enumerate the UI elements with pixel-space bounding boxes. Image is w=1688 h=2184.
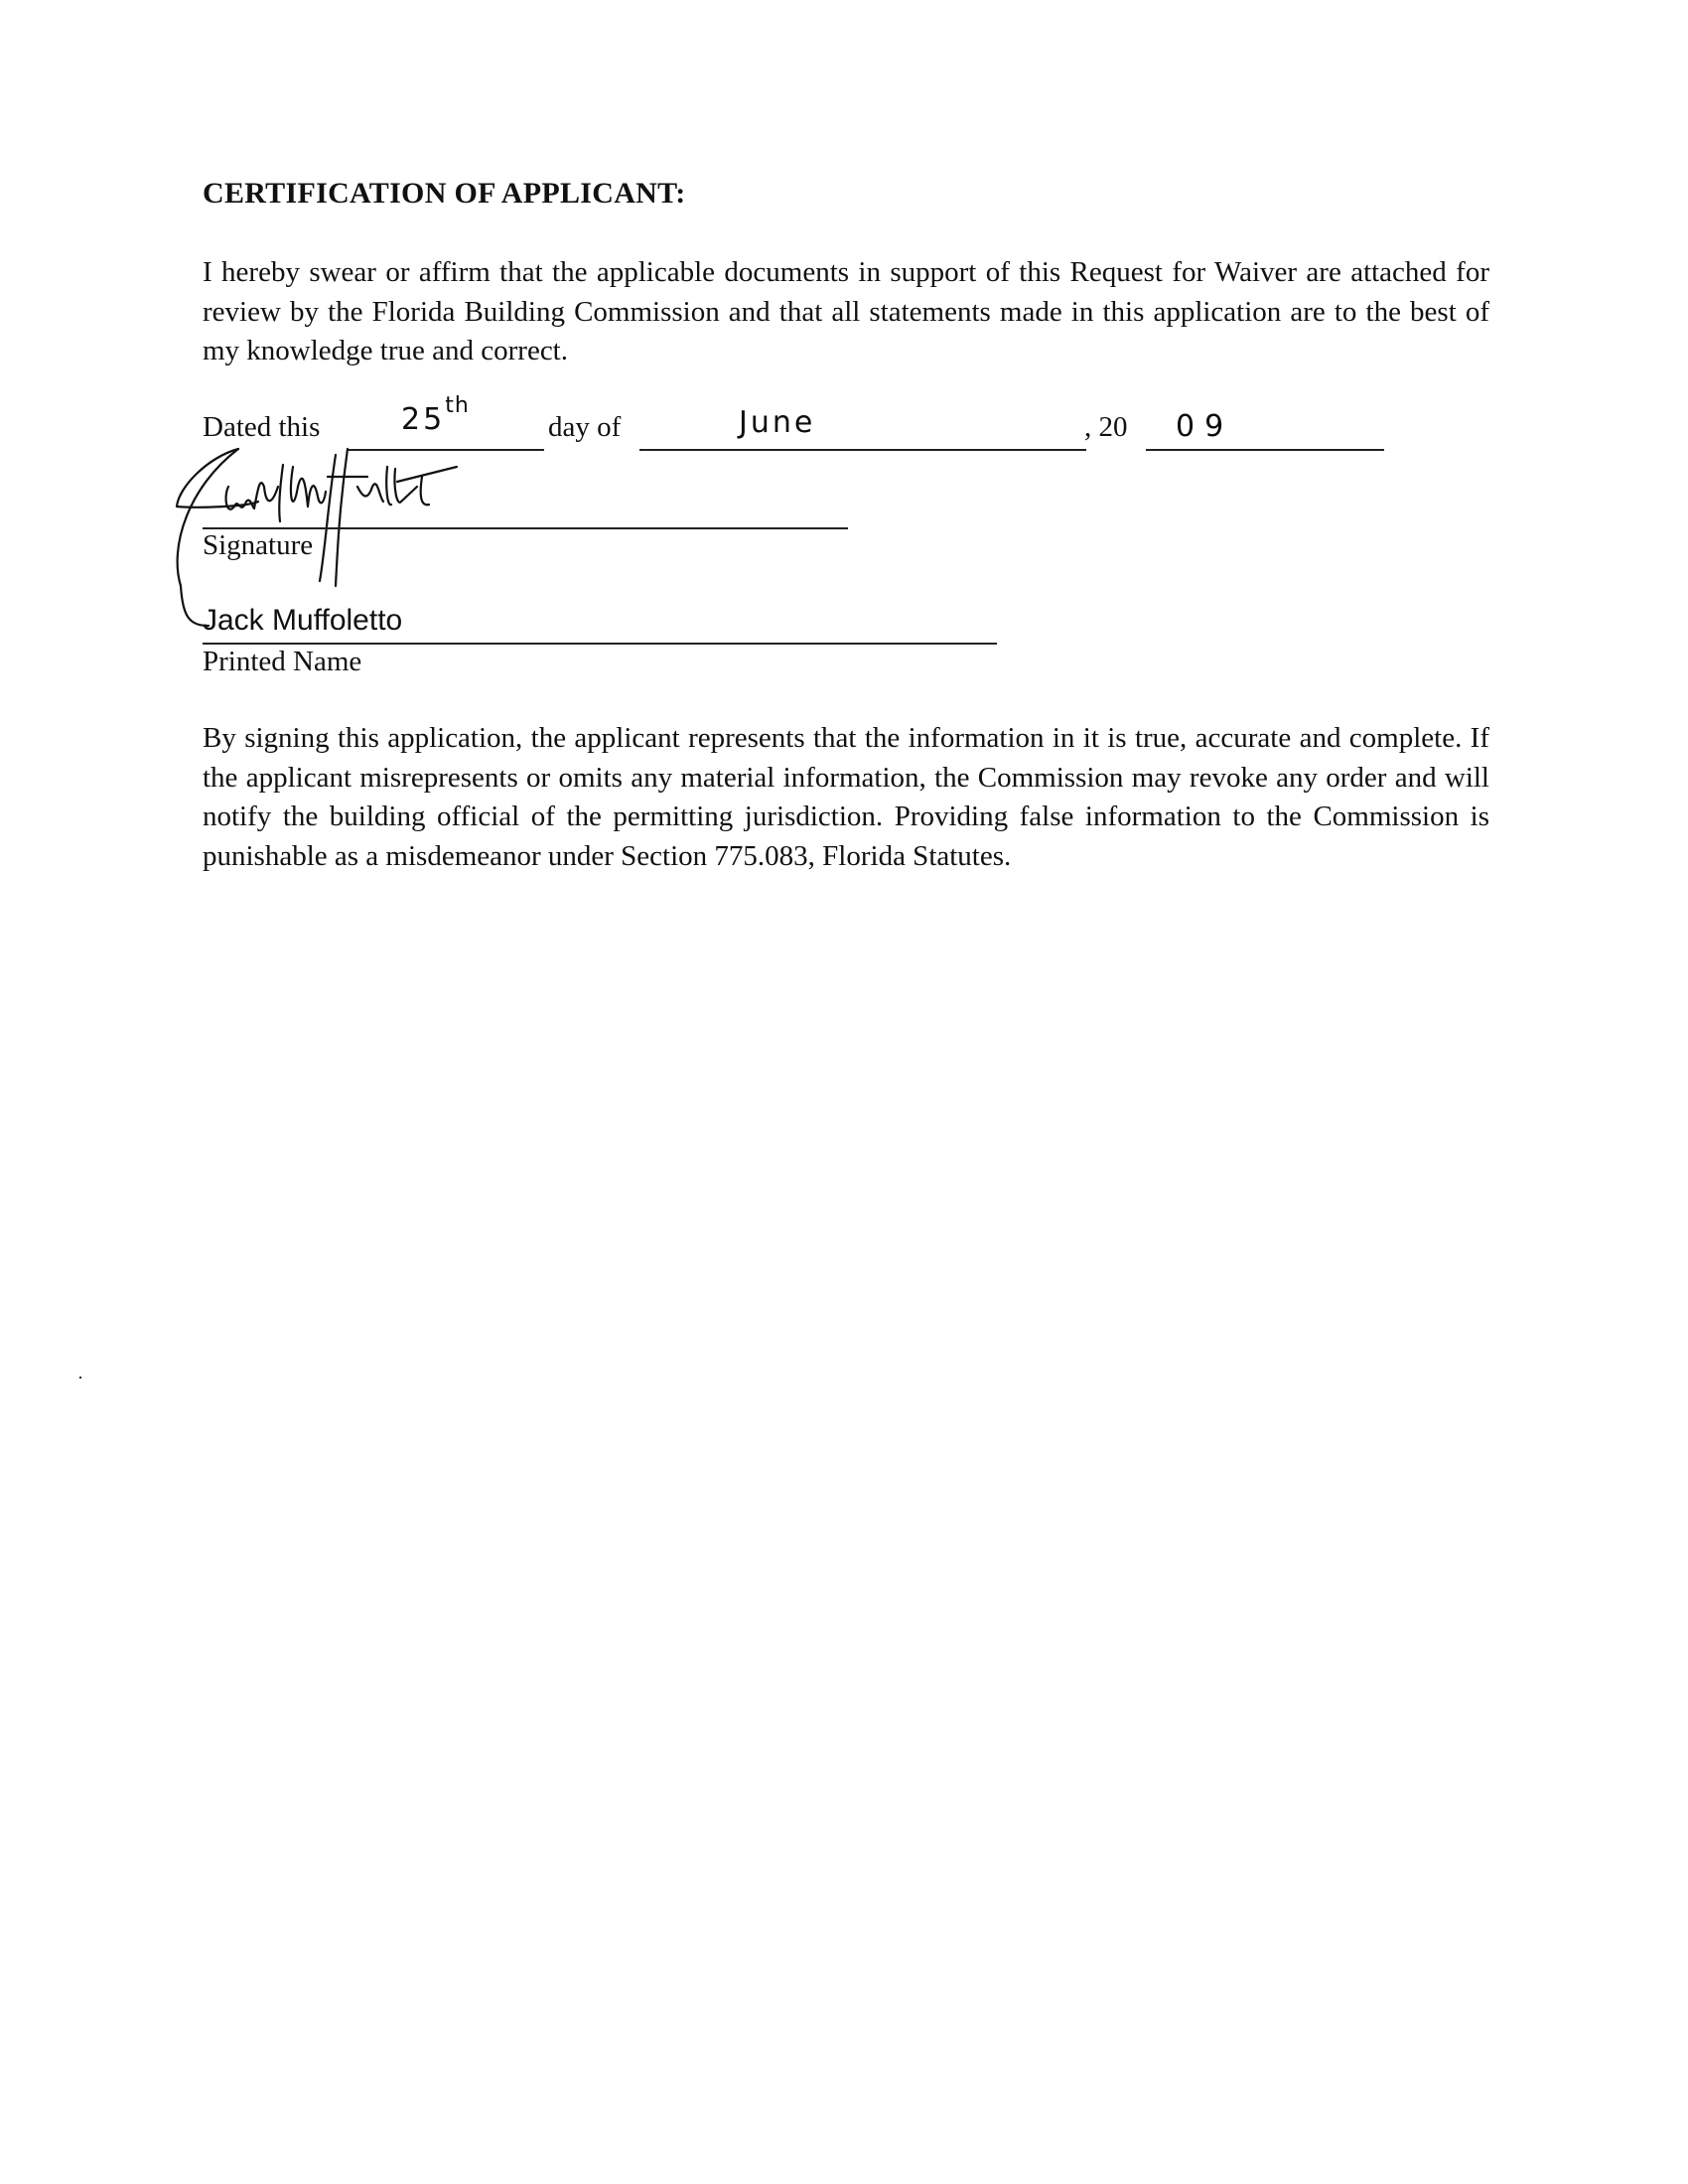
certification-statement: I hereby swear or affirm that the applic… bbox=[203, 253, 1489, 371]
document-page: CERTIFICATION OF APPLICANT: I hereby swe… bbox=[0, 0, 1688, 2184]
year-field[interactable]: 09 bbox=[1176, 409, 1233, 444]
year-prefix-label: , 20 bbox=[1084, 411, 1128, 444]
printed-name-underline bbox=[203, 643, 997, 645]
dated-this-label: Dated this bbox=[203, 411, 320, 444]
page-title: CERTIFICATION OF APPLICANT: bbox=[203, 177, 686, 211]
printed-name-label: Printed Name bbox=[203, 646, 361, 678]
printed-name-field[interactable]: Jack Muffoletto bbox=[203, 604, 402, 638]
day-field[interactable]: 25th bbox=[401, 399, 470, 437]
scan-artifact bbox=[79, 1377, 81, 1379]
applicant-representation-statement: By signing this application, the applica… bbox=[203, 719, 1489, 876]
month-underline bbox=[639, 449, 1086, 451]
signature-label: Signature bbox=[203, 529, 313, 562]
day-of-label: day of bbox=[548, 411, 621, 444]
month-field[interactable]: June bbox=[739, 405, 815, 440]
year-underline bbox=[1146, 449, 1384, 451]
